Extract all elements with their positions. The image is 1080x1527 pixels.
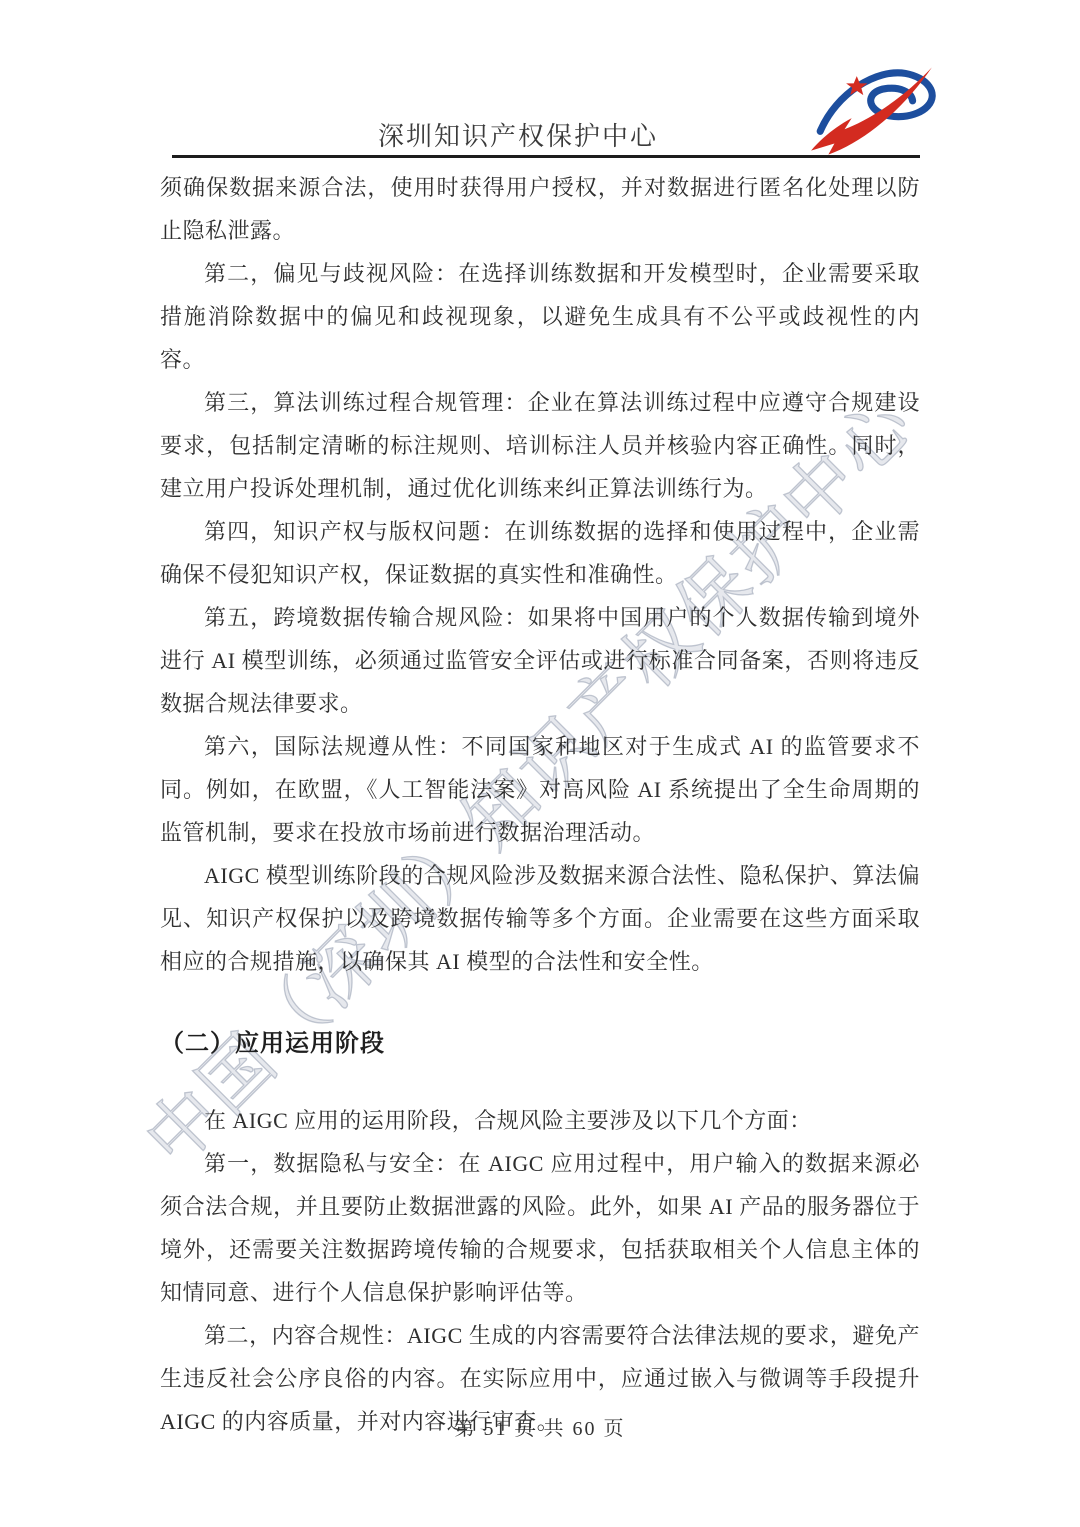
paragraph: 在 AIGC 应用的运用阶段，合规风险主要涉及以下几个方面： — [160, 1099, 920, 1142]
paragraph: 第三，算法训练过程合规管理：企业在算法训练过程中应遵守合规建设要求，包括制定清晰… — [160, 381, 920, 510]
paragraph: 须确保数据来源合法，使用时获得用户授权，并对数据进行匿名化处理以防止隐私泄露。 — [160, 166, 920, 252]
document-page: 中国（深圳）知识产权保护中心 深圳知识产权保护中心 须确保数据来源合法，使用时获… — [0, 0, 1080, 1527]
paragraph: 第五，跨境数据传输合规风险：如果将中国用户的个人数据传输到境外进行 AI 模型训… — [160, 596, 920, 725]
document-body: 须确保数据来源合法，使用时获得用户授权，并对数据进行匿名化处理以防止隐私泄露。 … — [160, 156, 920, 1443]
page-title: 深圳知识产权保护中心 — [160, 116, 876, 153]
section-heading: （二）应用运用阶段 — [160, 1023, 920, 1066]
paragraph: 第一，数据隐私与安全：在 AIGC 应用过程中，用户输入的数据来源必须合法合规，… — [160, 1142, 920, 1314]
paragraph: 第四，知识产权与版权问题：在训练数据的选择和使用过程中，企业需确保不侵犯知识产权… — [160, 510, 920, 596]
paragraph: 第六，国际法规遵从性：不同国家和地区对于生成式 AI 的监管要求不同。例如，在欧… — [160, 725, 920, 854]
brand-logo-icon — [806, 64, 940, 158]
paragraph: 第二，内容合规性：AIGC 生成的内容需要符合法律法规的要求，避免产生违反社会公… — [160, 1314, 920, 1443]
paragraph: AIGC 模型训练阶段的合规风险涉及数据来源合法性、隐私保护、算法偏见、知识产权… — [160, 854, 920, 983]
paragraph: 第二，偏见与歧视风险：在选择训练数据和开发模型时，企业需要采取措施消除数据中的偏… — [160, 252, 920, 381]
